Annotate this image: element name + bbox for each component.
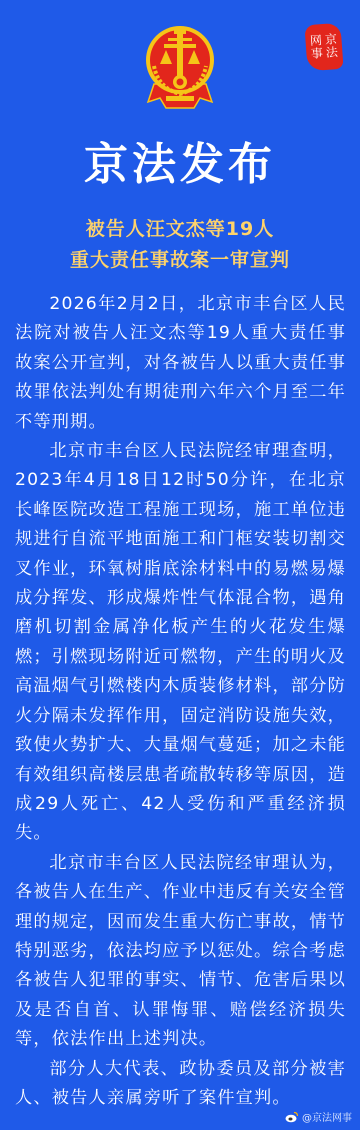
seal-char: 事: [310, 47, 325, 61]
jingfa-wangshi-seal: 京 法 网 事: [304, 23, 343, 71]
subtitle-line-1: 被告人汪文杰等19人: [0, 214, 360, 241]
subtitle-line-2: 重大责任事故案一审宣判: [0, 245, 360, 272]
weibo-icon: [285, 1111, 299, 1123]
weibo-watermark: @京法网事: [285, 1109, 352, 1124]
paragraph-attendance: 部分人大代表、政协委员及部分被害人、被告人亲属旁听了案件宣判。: [15, 1055, 346, 1114]
watermark-text: @京法网事: [302, 1109, 352, 1124]
paragraph-facts: 北京市丰台区人民法院经审理查明，2023年4月18日12时50分许，在北京长峰医…: [15, 437, 346, 849]
court-emblem-icon: [140, 22, 220, 112]
article-page: 京 法 网 事 京法发布 被告人汪文杰等19人 重大责任事故案一审宣判 2026…: [0, 0, 360, 1130]
paragraph-verdict: 2026年2月2日，北京市丰台区人民法院对被告人汪文杰等19人重大责任事故案公开…: [15, 290, 346, 437]
article-body: 2026年2月2日，北京市丰台区人民法院对被告人汪文杰等19人重大责任事故案公开…: [15, 290, 346, 1113]
paragraph-reasoning: 北京市丰台区人民法院经审理认为，各被告人在生产、作业中违反有关安全管理的规定，因…: [15, 849, 346, 1055]
page-title: 京法发布: [0, 128, 360, 192]
seal-char: 法: [324, 46, 339, 60]
